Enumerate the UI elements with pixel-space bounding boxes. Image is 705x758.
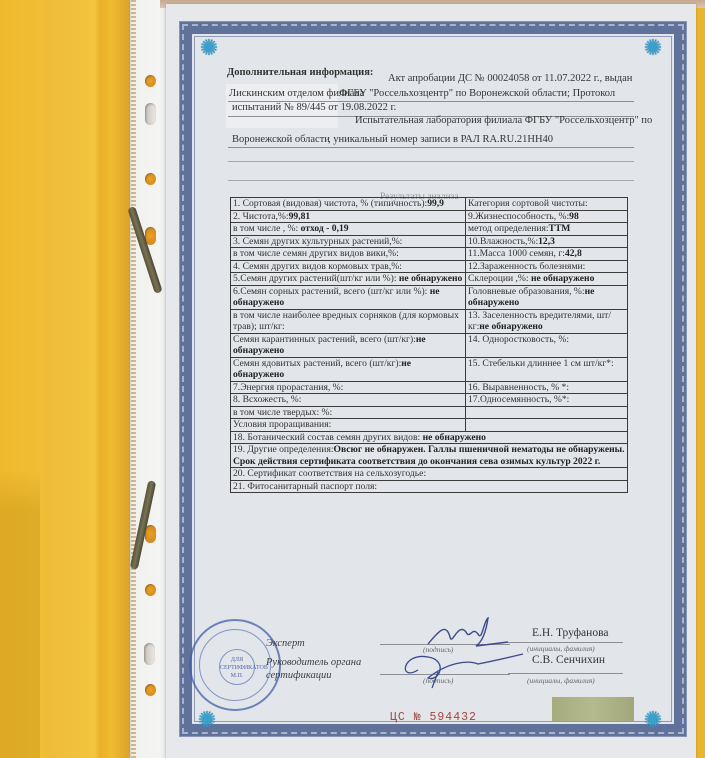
cell-label: Склероции ,%: (468, 273, 531, 284)
punch-hole (145, 684, 156, 696)
cell-label: Условия проращивания: (233, 419, 331, 430)
head-label: Руководитель органа сертификации (266, 656, 376, 682)
table-cell: 7.Энергия прорастания, %: (231, 381, 466, 394)
cell-label: 21. Фитосанитарный паспорт поля: (233, 481, 377, 492)
punch-hole (145, 75, 156, 87)
name-caption: (инициалы, фамилия) (527, 644, 595, 653)
results-table: 1. Сортовая (видовая) чистота, % (типичн… (230, 197, 628, 493)
cell-value: не обнаружено (531, 273, 594, 284)
certificate-number: ЦС № 594432 (390, 711, 477, 724)
cell-value: ТТМ (549, 223, 571, 234)
cell-label: 19. Другие определения: (233, 444, 334, 455)
cell-value: не обнаружено (479, 321, 542, 332)
additional-info-line1: Акт апробации ДС № 00024058 от 11.07.202… (388, 73, 632, 84)
expert-label: Эксперт (266, 638, 305, 649)
table-cell: метод определения:ТТМ (466, 223, 628, 236)
rule (228, 180, 634, 181)
cell-label: 17.Односемянность, %*: (468, 394, 569, 405)
table-row: 4. Семян других видов кормовых трав,%:12… (231, 260, 628, 273)
punch-hole (145, 173, 156, 185)
table-row: в том числе твердых: %: (231, 406, 628, 419)
cell-label: 3. Семян других культурных растений,%: (233, 236, 402, 247)
cell-label: Категория сортовой чистоты: (468, 198, 588, 209)
cell-label: 9.Жизнеспособность, %: (468, 211, 569, 222)
cell-label: 5.Семян других растений(шт/кг или %): (233, 273, 399, 284)
table-row: 3. Семян других культурных растений,%:10… (231, 235, 628, 248)
head-name: С.В. Сенчихин (532, 654, 605, 666)
table-cell: 10.Влажность,%:12,3 (466, 235, 628, 248)
table-row: 5.Семян других растений(шт/кг или %): не… (231, 273, 628, 286)
additional-info-line2: ФГБУ "Россельхозцентр" по Воронежской об… (339, 88, 615, 99)
table-row: в том числе , %: отход - 0,19метод опред… (231, 223, 628, 236)
additional-info-line4: Испытательная лаборатория филиала ФГБУ "… (355, 115, 652, 126)
punch-hole (145, 584, 156, 596)
cell-label: 12.Зараженность болезнями: (468, 261, 585, 272)
cell-label: 20. Сертификат соответствия на сельхозуг… (233, 468, 426, 479)
cell-label: в том числе твердых: %: (233, 407, 332, 418)
cell-label: 16. Выравненность, % *: (468, 382, 569, 393)
additional-info-line5: , уникальный номер записи в РАЛ RA.RU.21… (328, 134, 553, 145)
rosette-icon: ✺ (196, 709, 218, 731)
strip-perforation (131, 0, 136, 758)
cell-value: отход - 0,19 (301, 223, 349, 234)
expert-name: Е.Н. Труфанова (532, 627, 608, 639)
punch-slot (145, 525, 156, 543)
table-row: 21. Фитосанитарный паспорт поля: (231, 480, 628, 493)
table-cell: 4. Семян других видов кормовых трав,%: (231, 260, 466, 273)
table-cell: 16. Выравненность, % *: (466, 381, 628, 394)
name-caption: (инициалы, фамилия) (527, 676, 595, 685)
table-cell: 15. Стебельки длиннее 1 см шт/кг*: (466, 357, 628, 381)
table-cell: 3. Семян других культурных растений,%: (231, 235, 466, 248)
cell-label: Семян ядовитых растений, всего (шт/кг): (233, 358, 401, 369)
table-cell: 14. Одноростковость, %: (466, 333, 628, 357)
table-cell: 21. Фитосанитарный паспорт поля: (231, 480, 628, 493)
rosette-icon: ✺ (642, 37, 664, 59)
table-cell: 17.Односемянность, %*: (466, 394, 628, 407)
name-line (508, 673, 623, 674)
table-row: Семян ядовитых растений, всего (шт/кг):н… (231, 357, 628, 381)
cell-label: в том числе , %: (233, 223, 301, 234)
rosette-icon: ✺ (198, 37, 220, 59)
table-row: 7.Энергия прорастания, %:16. Выравненнос… (231, 381, 628, 394)
table-cell: 8. Всхожесть, %: (231, 394, 466, 407)
punch-slot (145, 103, 156, 125)
table-cell: 12.Зараженность болезнями: (466, 260, 628, 273)
additional-info-heading: Дополнительная информация: (227, 67, 373, 78)
cell-label: 18. Ботанический состав семян других вид… (233, 432, 423, 443)
rule (228, 147, 634, 148)
table-cell: в том числе твердых: %: (231, 406, 466, 419)
table-cell: в том числе , %: отход - 0,19 (231, 223, 466, 236)
table-cell: 1. Сортовая (видовая) чистота, % (типичн… (231, 198, 466, 211)
cell-value: 99,9 (427, 198, 444, 209)
rule (228, 161, 634, 162)
table-cell: 20. Сертификат соответствия на сельхозуг… (231, 468, 628, 481)
rosette-icon: ✺ (642, 709, 664, 731)
cell-label: Головневые образования, %: (468, 286, 585, 297)
cell-label: 8. Всхожесть, %: (233, 394, 301, 405)
table-row: Семян карантинных растений, всего (шт/кг… (231, 333, 628, 357)
cell-value: 42,8 (565, 248, 582, 259)
table-cell: 18. Ботанический состав семян других вид… (231, 431, 628, 444)
cell-label: Семян карантинных растений, всего (шт/кг… (233, 334, 416, 345)
cell-label: 14. Одноростковость, %: (468, 334, 569, 345)
table-row: 8. Всхожесть, %:17.Односемянность, %*: (231, 394, 628, 407)
table-cell: Головневые образования, %:не обнаружено (466, 285, 628, 309)
table-cell: 2. Чистота,%:99,81 (231, 210, 466, 223)
additional-info-line5-overlay: Воронежской области (232, 134, 330, 145)
table-cell: Семян карантинных растений, всего (шт/кг… (231, 333, 466, 357)
table-cell: Склероции ,%: не обнаружено (466, 273, 628, 286)
cell-label: 4. Семян других видов кормовых трав,%: (233, 261, 402, 272)
table-cell: Категория сортовой чистоты: (466, 198, 628, 211)
table-row: в том числе семян других видов вики,%:11… (231, 248, 628, 261)
table-cell: в том числе наиболее вредных сорняков (д… (231, 309, 466, 333)
name-line (508, 642, 623, 643)
additional-info-line3: испытаний № 89/445 от 19.08.2022 г. (232, 102, 396, 113)
cell-label: в том числе семян других видов вики,%: (233, 248, 399, 259)
table-row: 1. Сортовая (видовая) чистота, % (типичн… (231, 198, 628, 211)
cell-label: 7.Энергия прорастания, %: (233, 382, 343, 393)
cell-label: 1. Сортовая (видовая) чистота, % (типичн… (233, 198, 427, 209)
table-cell (466, 406, 628, 419)
cell-value: не обнаружено (423, 432, 486, 443)
table-row: в том числе наиболее вредных сорняков (д… (231, 309, 628, 333)
table-cell: 5.Семян других растений(шт/кг или %): не… (231, 273, 466, 286)
table-row: 6.Семян сорных растений, всего (шт/кг ил… (231, 285, 628, 309)
cell-label: в том числе наиболее вредных сорняков (д… (233, 310, 459, 333)
cell-value: 98 (569, 211, 579, 222)
punch-slot (144, 643, 155, 665)
table-row: 18. Ботанический состав семян других вид… (231, 431, 628, 444)
stamp-center: ДЛЯ СЕРТИФИКАТОВ М.П. (219, 649, 255, 685)
table-cell: Условия проращивания: (231, 419, 466, 432)
cell-value: 99,81 (289, 211, 311, 222)
cell-label: 10.Влажность,%: (468, 236, 538, 247)
table-cell: 9.Жизнеспособность, %:98 (466, 210, 628, 223)
table-row: 2. Чистота,%:99,819.Жизнеспособность, %:… (231, 210, 628, 223)
cell-value: 12,3 (538, 236, 555, 247)
cell-label: 2. Чистота,%: (233, 211, 289, 222)
table-row: Условия проращивания: (231, 419, 628, 432)
cell-label: 15. Стебельки длиннее 1 см шт/кг*: (468, 358, 614, 369)
cell-label: 11.Масса 1000 семян, г: (468, 248, 565, 259)
table-row: 19. Другие определения:Овсюг не обнаруже… (231, 444, 628, 468)
table-cell (466, 419, 628, 432)
cell-label: 6.Семян сорных растений, всего (шт/кг ил… (233, 286, 430, 297)
table-cell: Семян ядовитых растений, всего (шт/кг):н… (231, 357, 466, 381)
stamp-center-text: ДЛЯ СЕРТИФИКАТОВ (220, 657, 268, 671)
table-row: 20. Сертификат соответствия на сельхозуг… (231, 468, 628, 481)
cell-label: метод определения: (468, 223, 549, 234)
cell-value: не обнаружено (399, 273, 462, 284)
table-cell: 11.Масса 1000 семян, г:42,8 (466, 248, 628, 261)
stamp-mp: М.П. (231, 673, 244, 679)
hologram-sticker (552, 697, 634, 721)
table-cell: 13. Заселенность вредителями, шт/кг:не о… (466, 309, 628, 333)
table-cell: в том числе семян других видов вики,%: (231, 248, 466, 261)
table-cell: 6.Семян сорных растений, всего (шт/кг ил… (231, 285, 466, 309)
table-cell: 19. Другие определения:Овсюг не обнаруже… (231, 444, 628, 468)
folder-shadow (0, 470, 40, 758)
signature-scribble (388, 612, 528, 692)
